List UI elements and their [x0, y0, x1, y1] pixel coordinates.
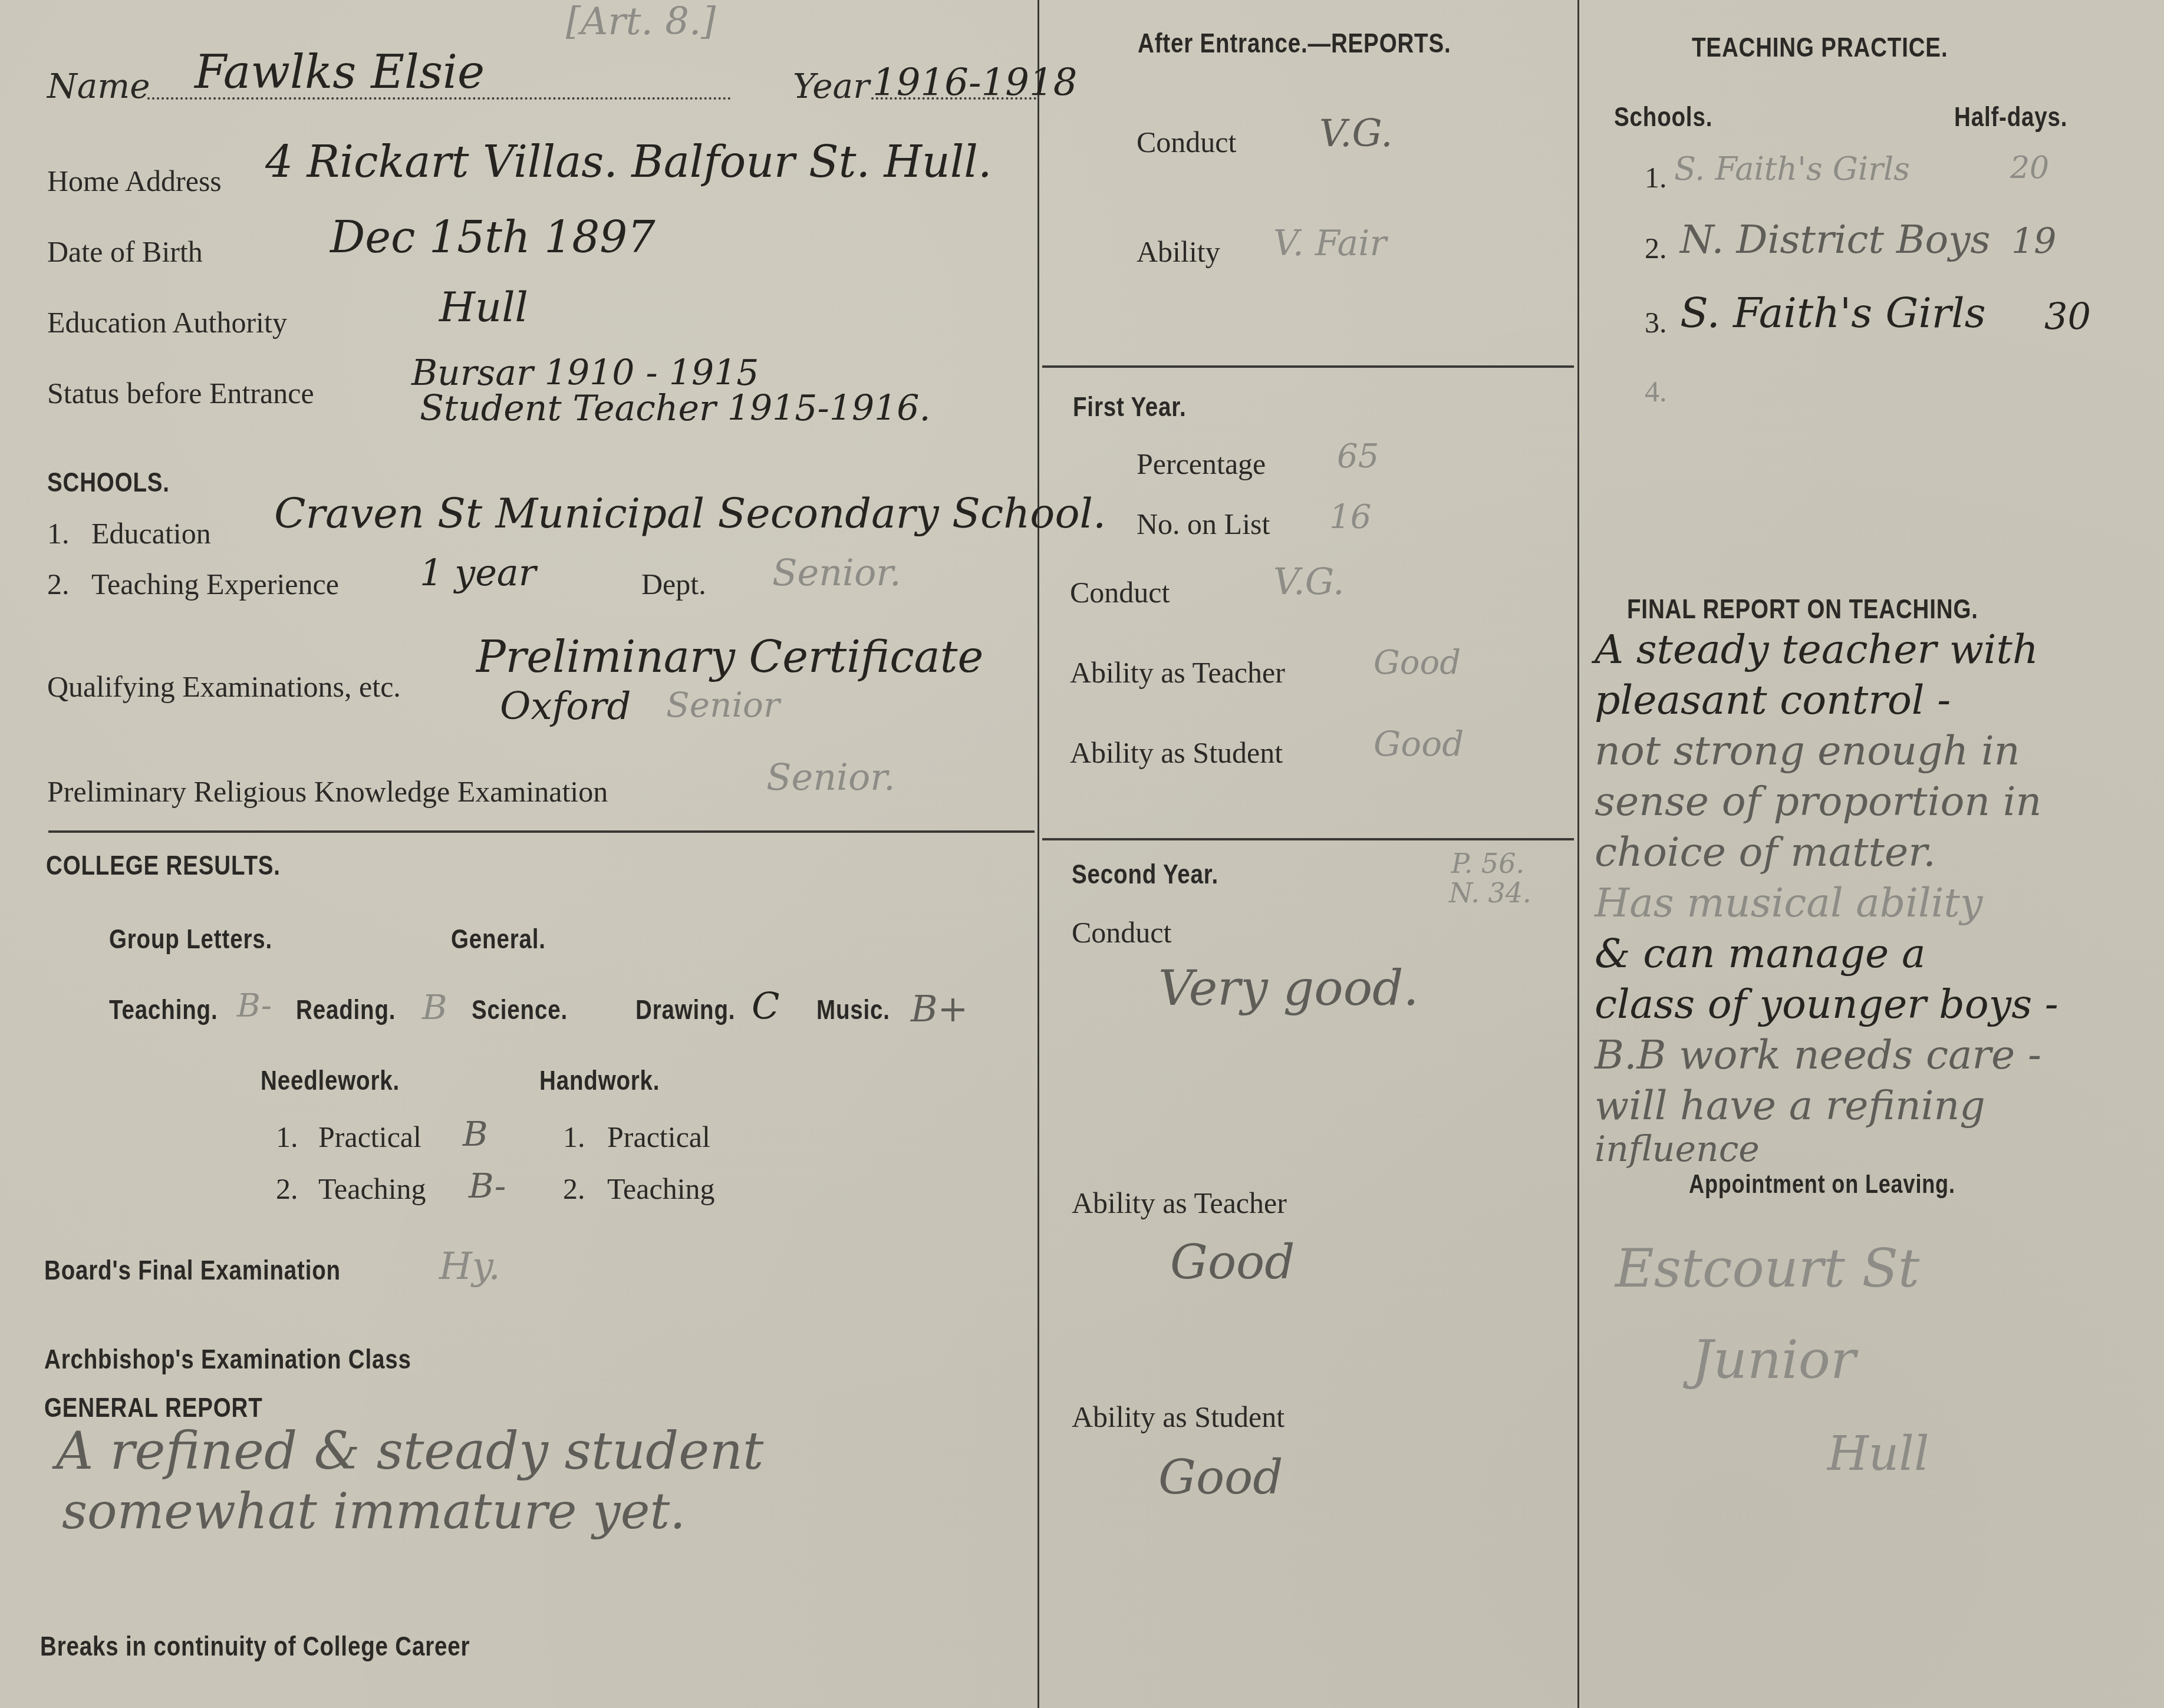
dept-value[interactable]: Senior.	[772, 551, 901, 594]
education-authority-label: Education Authority	[47, 305, 287, 339]
breaks-label: Breaks in continuity of College Career	[40, 1630, 470, 1662]
second-year-teacher-label: Ability as Teacher	[1072, 1186, 1287, 1220]
experience-label: Teaching Experience	[91, 567, 339, 601]
practice-row-1-school[interactable]: S. Faith's Girls	[1674, 150, 1910, 187]
handwork-practical-number: 1.	[563, 1120, 585, 1154]
practice-row-4-number: 4.	[1645, 374, 1667, 408]
second-year-n-note[interactable]: N. 34.	[1449, 877, 1531, 909]
final-report-line: Has musical ability	[1595, 878, 2160, 929]
needlework-label: Needlework.	[261, 1064, 400, 1096]
first-year-teacher-value[interactable]: Good	[1374, 644, 1461, 682]
schools-column-header: Schools.	[1614, 100, 1712, 133]
education-number: 1.	[47, 516, 70, 550]
education-label: Education	[91, 516, 211, 550]
needlework-practical-grade[interactable]: B	[463, 1114, 488, 1154]
needlework-practical-label: Practical	[318, 1120, 421, 1154]
dob-value[interactable]: Dec 15th 1897	[330, 212, 656, 263]
subject-science-label: Science.	[472, 993, 568, 1026]
practice-row-1-number: 1.	[1645, 160, 1667, 194]
second-year-teacher-value[interactable]: Good	[1170, 1235, 1295, 1290]
divider-second-year	[1042, 838, 1574, 840]
first-year-teacher-label: Ability as Teacher	[1070, 655, 1285, 690]
reports-heading: After Entrance.—REPORTS.	[1138, 27, 1451, 59]
general-report-line1[interactable]: A refined & steady student	[56, 1420, 763, 1481]
needlework-teaching-grade[interactable]: B-	[469, 1166, 506, 1206]
final-report-line: B.B work needs care -	[1595, 1030, 2160, 1081]
practice-row-1-halfdays[interactable]: 20	[2010, 150, 2049, 186]
subject-teaching-label: Teaching.	[109, 993, 218, 1026]
practice-row-2-number: 2.	[1645, 231, 1667, 265]
first-year-list-value[interactable]: 16	[1329, 498, 1371, 536]
handwork-teaching-label: Teaching	[607, 1172, 715, 1206]
college-results-heading: COLLEGE RESULTS.	[46, 849, 281, 881]
final-report-line: not strong enough in	[1595, 726, 2160, 777]
appointment-line-2[interactable]: Junior	[1692, 1329, 1856, 1391]
home-address-value[interactable]: 4 Rickart Villas. Balfour St. Hull.	[265, 137, 992, 187]
final-report-line: sense of proportion in	[1595, 777, 2160, 827]
status-label: Status before Entrance	[47, 376, 314, 410]
article-annotation: [Art. 8.]	[566, 0, 716, 44]
second-year-conduct-label: Conduct	[1072, 915, 1171, 949]
education-authority-value[interactable]: Hull	[439, 283, 528, 331]
entrance-conduct-value[interactable]: V.G.	[1319, 112, 1393, 156]
column-divider-right	[1577, 0, 1579, 1708]
needlework-teaching-label: Teaching	[318, 1172, 426, 1206]
appointment-line-1[interactable]: Estcourt St	[1615, 1238, 1919, 1300]
practice-row-3-school[interactable]: S. Faith's Girls	[1680, 289, 1986, 337]
qualifying-label: Qualifying Examinations, etc.	[47, 670, 401, 704]
practice-row-3-number: 3.	[1645, 305, 1667, 339]
qualifying-value-line1[interactable]: Preliminary Certificate	[476, 632, 983, 682]
second-year-student-value[interactable]: Good	[1158, 1450, 1283, 1505]
religious-exam-value[interactable]: Senior.	[766, 756, 895, 799]
second-year-p-note[interactable]: P. 56.	[1451, 848, 1524, 879]
divider-first-year	[1042, 365, 1574, 368]
final-report-heading: FINAL REPORT ON TEACHING.	[1627, 592, 1978, 625]
final-report-line: class of younger boys -	[1595, 980, 2160, 1030]
second-year-heading: Second Year.	[1072, 858, 1218, 890]
needlework-practical-number: 1.	[276, 1120, 298, 1154]
boards-final-label: Board's Final Examination	[44, 1254, 341, 1286]
final-report-text[interactable]: A steady teacher with pleasant control -…	[1595, 625, 2160, 1167]
second-year-conduct-value[interactable]: Very good.	[1158, 961, 1419, 1017]
handwork-label: Handwork.	[539, 1064, 660, 1096]
needlework-teaching-number: 2.	[276, 1172, 298, 1206]
year-label: Year	[793, 66, 869, 106]
column-divider-left	[1037, 0, 1039, 1708]
appointment-line-3[interactable]: Hull	[1827, 1426, 1929, 1481]
status-value-line2[interactable]: Student Teacher 1915-1916.	[420, 388, 930, 429]
subject-teaching-grade[interactable]: B-	[237, 987, 272, 1024]
boards-final-value[interactable]: Hy.	[439, 1245, 500, 1288]
general-report-label: GENERAL REPORT	[44, 1391, 263, 1423]
final-report-line: A steady teacher with	[1595, 625, 2160, 675]
entrance-ability-value[interactable]: V. Fair	[1273, 223, 1386, 264]
teaching-practice-heading: TEACHING PRACTICE.	[1692, 31, 1948, 63]
general-label: General.	[451, 922, 546, 955]
final-report-line: influence	[1595, 1132, 2160, 1167]
subject-music-grade[interactable]: B+	[911, 987, 969, 1030]
subject-music-label: Music.	[816, 993, 890, 1026]
first-year-heading: First Year.	[1073, 390, 1187, 423]
second-year-student-label: Ability as Student	[1072, 1400, 1284, 1434]
entrance-ability-label: Ability	[1137, 235, 1220, 269]
qualifying-value-line2b[interactable]: Senior	[666, 685, 780, 725]
final-report-line: & can manage a	[1595, 929, 2160, 980]
year-value[interactable]: 1916-1918	[872, 61, 1077, 105]
first-year-percentage-value[interactable]: 65	[1337, 437, 1379, 476]
general-report-line2[interactable]: somewhat immature yet.	[62, 1482, 686, 1540]
schools-heading: SCHOOLS.	[47, 466, 170, 498]
subject-drawing-grade[interactable]: C	[752, 984, 779, 1027]
dept-label: Dept.	[641, 567, 706, 601]
practice-row-3-halfdays[interactable]: 30	[2044, 295, 2091, 338]
practice-row-2-halfdays[interactable]: 19	[2011, 221, 2056, 262]
education-value[interactable]: Craven St Municipal Secondary School.	[274, 489, 1106, 538]
appointment-heading: Appointment on Leaving.	[1689, 1170, 1955, 1199]
halfdays-column-header: Half-days.	[1954, 100, 2067, 133]
name-label: Name	[47, 66, 150, 106]
final-report-line: pleasant control -	[1595, 675, 2160, 726]
experience-number: 2.	[47, 567, 70, 601]
archbishop-class-label: Archbishop's Examination Class	[44, 1343, 411, 1375]
final-report-line: choice of matter.	[1595, 827, 2160, 878]
first-year-list-label: No. on List	[1137, 507, 1270, 541]
handwork-practical-label: Practical	[607, 1120, 710, 1154]
practice-row-2-school[interactable]: N. District Boys	[1680, 217, 1990, 262]
first-year-student-value[interactable]: Good	[1374, 724, 1464, 764]
home-address-label: Home Address	[47, 164, 222, 198]
name-value[interactable]: Fawlks Elsie	[195, 46, 485, 99]
subject-drawing-label: Drawing.	[635, 993, 735, 1026]
first-year-student-label: Ability as Student	[1070, 736, 1283, 770]
subject-reading-label: Reading.	[296, 993, 396, 1026]
final-report-line: will have a refining	[1595, 1081, 2160, 1132]
subject-reading-grade[interactable]: B	[422, 987, 447, 1027]
first-year-percentage-label: Percentage	[1137, 447, 1266, 481]
entrance-conduct-label: Conduct	[1137, 125, 1236, 159]
qualifying-value-line2a[interactable]: Oxford	[500, 685, 631, 728]
first-year-conduct-value[interactable]: V.G.	[1273, 560, 1345, 603]
religious-exam-label: Preliminary Religious Knowledge Examinat…	[47, 774, 608, 809]
first-year-conduct-label: Conduct	[1070, 575, 1170, 609]
group-letters-label: Group Letters.	[109, 922, 272, 955]
experience-value[interactable]: 1 year	[420, 551, 536, 594]
divider-college-results	[48, 830, 1035, 833]
dob-label: Date of Birth	[47, 235, 203, 269]
handwork-teaching-number: 2.	[563, 1172, 585, 1206]
